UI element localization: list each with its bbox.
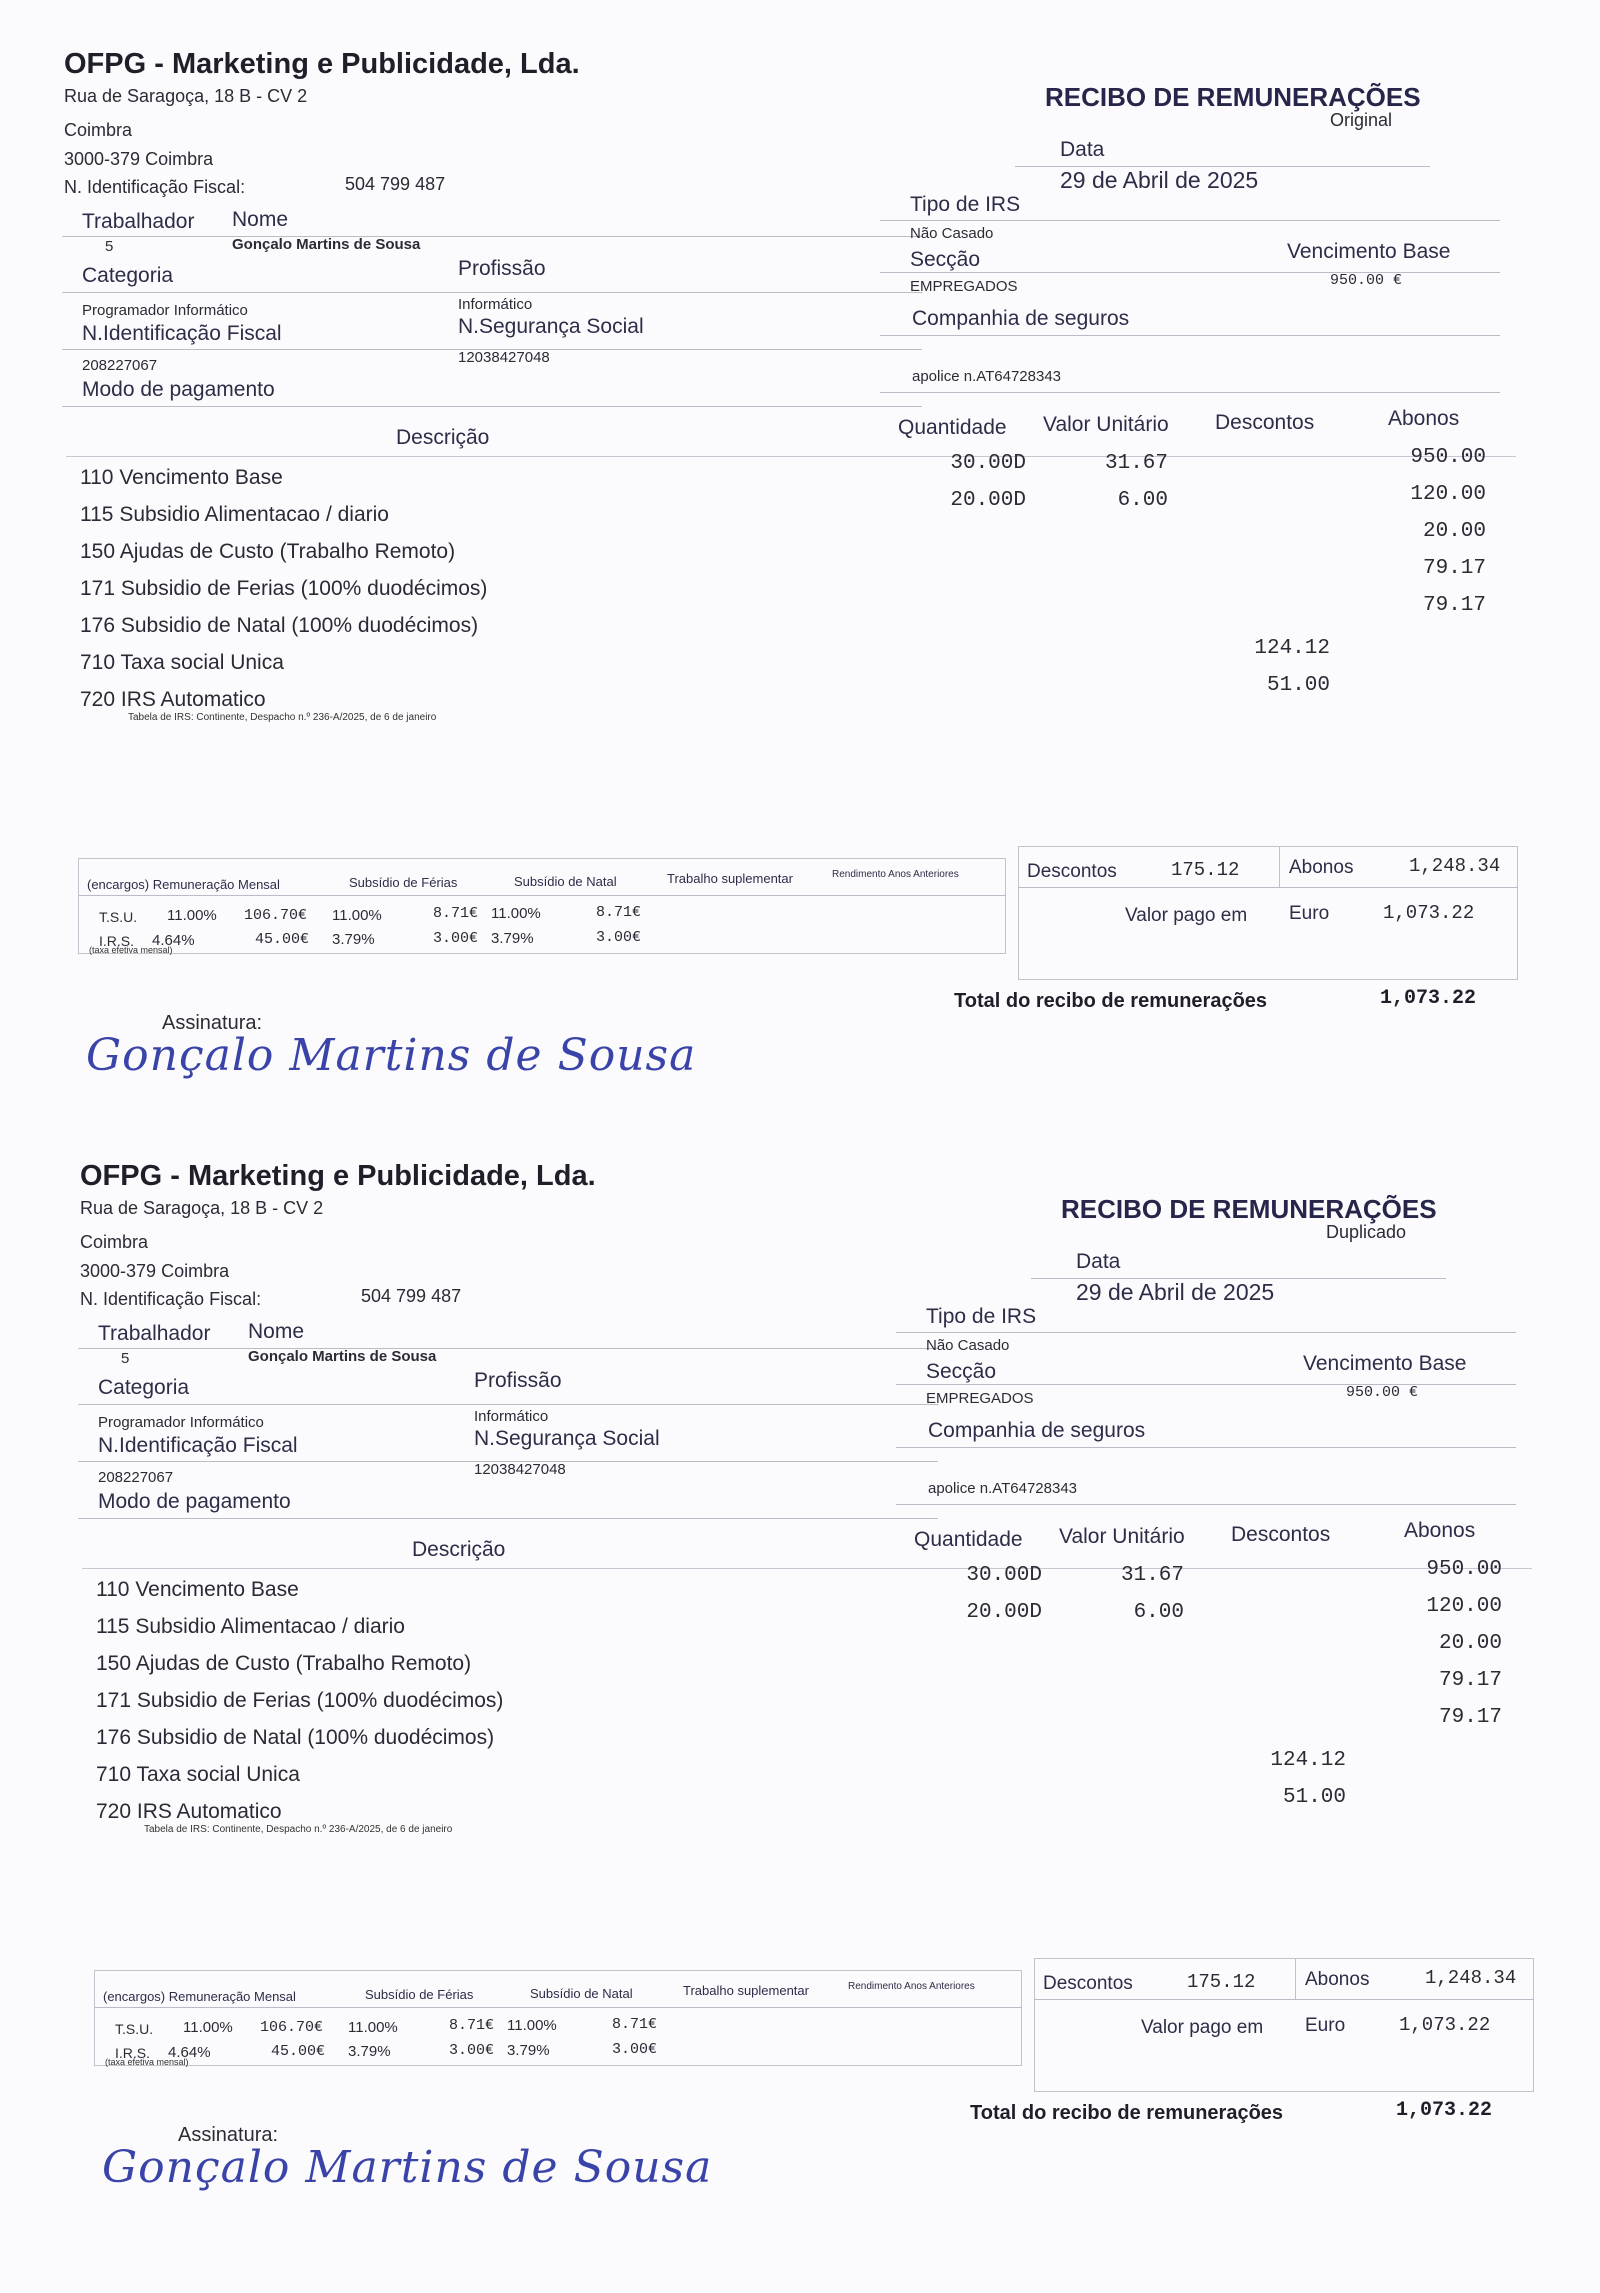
line-discount: 124.12: [1220, 637, 1330, 660]
tsu-monthly-value: 106.70€: [260, 2019, 323, 2036]
col-header-unit-value: Valor Unitário: [1043, 413, 1169, 437]
currency-label: Euro: [1289, 903, 1329, 925]
irs-table-note: Tabela de IRS: Continente, Despacho n.º …: [144, 1824, 452, 1835]
handwritten-signature: Gonçalo Martins de Sousa: [86, 1030, 696, 1081]
section-value: EMPREGADOS: [910, 278, 1018, 295]
currency-label: Euro: [1305, 2015, 1345, 2037]
col-header-discounts: Descontos: [1231, 1523, 1330, 1547]
base-salary-value: 950.00 €: [1346, 1384, 1418, 1401]
tsu-label: T.S.U.: [115, 2021, 153, 2037]
amount-paid-value: 1,073.22: [1383, 902, 1474, 924]
total-discounts-value: 175.12: [1187, 1971, 1255, 1993]
tsu-christmas-value: 8.71€: [612, 2016, 657, 2033]
tsu-christmas-pct: 11.00%: [491, 905, 541, 922]
receipt-total-label: Total do recibo de remunerações: [970, 2102, 1283, 2125]
payment-mode-label: Modo de pagamento: [82, 378, 275, 402]
base-salary-value: 950.00 €: [1330, 272, 1402, 289]
irs-monthly-pct: 4.64%: [152, 932, 195, 949]
company-address-line3: 3000-379 Coimbra: [80, 1261, 229, 1282]
charges-header-overtime: Trabalho suplementar: [667, 871, 793, 886]
copy-label: Duplicado: [1326, 1222, 1406, 1243]
line-allowance: 950.00: [1376, 446, 1486, 469]
charges-header-christmas: Subsídio de Natal: [530, 1986, 633, 2001]
company-address-line2: Coimbra: [80, 1232, 148, 1253]
social-security-label: N.Segurança Social: [458, 315, 644, 339]
irs-type-label: Tipo de IRS: [926, 1305, 1036, 1329]
line-unit-value: 31.67: [1074, 1564, 1184, 1587]
payment-mode-label: Modo de pagamento: [98, 1490, 291, 1514]
worker-name: Gonçalo Martins de Sousa: [248, 1348, 436, 1365]
social-security-value: 12038427048: [474, 1461, 566, 1478]
tsu-vacation-pct: 11.00%: [332, 907, 382, 924]
company-address-line2: Coimbra: [64, 120, 132, 141]
line-description: 176 Subsidio de Natal (100% duodécimos): [96, 1726, 494, 1750]
name-label: Nome: [248, 1320, 304, 1344]
name-label: Nome: [232, 208, 288, 232]
company-name: OFPG - Marketing e Publicidade, Lda.: [64, 48, 580, 81]
social-security-value: 12038427048: [458, 349, 550, 366]
amount-paid-label: Valor pago em: [1125, 905, 1247, 927]
date-label: Data: [1076, 1250, 1120, 1274]
company-nif-value: 504 799 487: [361, 1286, 461, 1307]
charges-header-vacation: Subsídio de Férias: [365, 1987, 473, 2002]
charges-header-prior-years: Rendimento Anos Anteriores: [848, 1981, 975, 1992]
col-header-quantity: Quantidade: [914, 1528, 1023, 1552]
irs-christmas-pct: 3.79%: [491, 930, 534, 947]
total-discounts-label: Descontos: [1043, 1973, 1133, 1995]
charges-header-vacation: Subsídio de Férias: [349, 875, 457, 890]
line-discount: 51.00: [1220, 674, 1330, 697]
line-description: 150 Ajudas de Custo (Trabalho Remoto): [80, 540, 455, 564]
company-address-line1: Rua de Saragoça, 18 B - CV 2: [64, 86, 307, 107]
section-label: Secção: [926, 1360, 996, 1384]
charges-header-overtime: Trabalho suplementar: [683, 1983, 809, 1998]
line-allowance: 20.00: [1376, 520, 1486, 543]
total-allowances-label: Abonos: [1305, 1969, 1369, 1991]
line-description: 176 Subsidio de Natal (100% duodécimos): [80, 614, 478, 638]
irs-monthly-value: 45.00€: [255, 931, 309, 948]
line-allowance: 20.00: [1392, 1632, 1502, 1655]
irs-vacation-value: 3.00€: [433, 930, 478, 947]
receipt-total-value: 1,073.22: [1396, 2099, 1492, 2122]
irs-vacation-pct: 3.79%: [332, 931, 375, 948]
tsu-christmas-pct: 11.00%: [507, 2017, 557, 2034]
line-description: 110 Vencimento Base: [96, 1578, 299, 1602]
irs-christmas-value: 3.00€: [596, 929, 641, 946]
date-label: Data: [1060, 138, 1104, 162]
irs-type-label: Tipo de IRS: [910, 193, 1020, 217]
line-description: 171 Subsidio de Ferias (100% duodécimos): [80, 577, 487, 601]
worker-nif-label: N.Identificação Fiscal: [98, 1434, 298, 1458]
company-nif-label: N. Identificação Fiscal:: [64, 177, 245, 198]
tsu-monthly-pct: 11.00%: [183, 2019, 233, 2036]
line-unit-value: 6.00: [1058, 489, 1168, 512]
line-unit-value: 31.67: [1058, 452, 1168, 475]
line-description: 110 Vencimento Base: [80, 466, 283, 490]
amount-paid-label: Valor pago em: [1141, 2017, 1263, 2039]
company-address-line1: Rua de Saragoça, 18 B - CV 2: [80, 1198, 323, 1219]
receipt-title: RECIBO DE REMUNERAÇÕES: [1061, 1194, 1437, 1225]
insurance-policy: apolice n.AT64728343: [912, 368, 1061, 385]
line-allowance: 79.17: [1376, 557, 1486, 580]
col-header-unit-value: Valor Unitário: [1059, 1525, 1185, 1549]
date-value: 29 de Abril de 2025: [1076, 1279, 1274, 1306]
tsu-vacation-pct: 11.00%: [348, 2019, 398, 2036]
irs-table-note: Tabela de IRS: Continente, Despacho n.º …: [128, 712, 436, 723]
date-value: 29 de Abril de 2025: [1060, 167, 1258, 194]
irs-christmas-pct: 3.79%: [507, 2042, 550, 2059]
worker-label: Trabalhador: [82, 210, 194, 234]
irs-christmas-value: 3.00€: [612, 2041, 657, 2058]
line-discount: 51.00: [1236, 1786, 1346, 1809]
line-allowance: 950.00: [1392, 1558, 1502, 1581]
irs-type-value: Não Casado: [926, 1337, 1009, 1354]
worker-number: 5: [121, 1350, 129, 1367]
base-salary-label: Vencimento Base: [1303, 1352, 1466, 1376]
company-address-line3: 3000-379 Coimbra: [64, 149, 213, 170]
social-security-label: N.Segurança Social: [474, 1427, 660, 1451]
section-value: EMPREGADOS: [926, 1390, 1034, 1407]
profession-label: Profissão: [458, 257, 546, 281]
category-label: Categoria: [82, 264, 173, 288]
insurance-policy: apolice n.AT64728343: [928, 1480, 1077, 1497]
profession-label: Profissão: [474, 1369, 562, 1393]
irs-vacation-value: 3.00€: [449, 2042, 494, 2059]
line-allowance: 79.17: [1376, 594, 1486, 617]
worker-nif-label: N.Identificação Fiscal: [82, 322, 282, 346]
payslip-receipt-duplicado: OFPG - Marketing e Publicidade, Lda. Rua…: [16, 1112, 1600, 2232]
tsu-vacation-value: 8.71€: [449, 2017, 494, 2034]
insurance-label: Companhia de seguros: [912, 307, 1129, 331]
company-name: OFPG - Marketing e Publicidade, Lda.: [80, 1160, 596, 1193]
totals-box: Descontos 175.12 Abonos 1,248.34 Valor p…: [1034, 1958, 1534, 2092]
worker-nif-value: 208227067: [82, 357, 157, 374]
line-unit-value: 6.00: [1074, 1601, 1184, 1624]
receipt-total-value: 1,073.22: [1380, 987, 1476, 1010]
line-allowance: 79.17: [1392, 1706, 1502, 1729]
amount-paid-value: 1,073.22: [1399, 2014, 1490, 2036]
tsu-christmas-value: 8.71€: [596, 904, 641, 921]
total-discounts-label: Descontos: [1027, 861, 1117, 883]
col-header-description: Descrição: [396, 426, 489, 450]
receipt-total-label: Total do recibo de remunerações: [954, 990, 1267, 1013]
worker-number: 5: [105, 238, 113, 255]
insurance-label: Companhia de seguros: [928, 1419, 1145, 1443]
irs-vacation-pct: 3.79%: [348, 2043, 391, 2060]
handwritten-signature: Gonçalo Martins de Sousa: [102, 2142, 712, 2193]
line-description: 720 IRS Automatico: [80, 688, 266, 712]
line-description: 171 Subsidio de Ferias (100% duodécimos): [96, 1689, 503, 1713]
payslip-receipt-original: OFPG - Marketing e Publicidade, Lda. Rua…: [0, 0, 1600, 1120]
total-allowances-value: 1,248.34: [1409, 855, 1500, 877]
irs-monthly-pct: 4.64%: [168, 2044, 211, 2061]
line-description: 710 Taxa social Unica: [96, 1763, 300, 1787]
irs-type-value: Não Casado: [910, 225, 993, 242]
charges-table: (encargos) Remuneração Mensal Subsídio d…: [78, 858, 1006, 954]
profession-value: Informático: [474, 1408, 548, 1425]
tsu-vacation-value: 8.71€: [433, 905, 478, 922]
worker-nif-value: 208227067: [98, 1469, 173, 1486]
charges-header-monthly: (encargos) Remuneração Mensal: [103, 1989, 296, 2004]
category-value: Programador Informático: [98, 1414, 264, 1431]
company-nif-value: 504 799 487: [345, 174, 445, 195]
totals-box: Descontos 175.12 Abonos 1,248.34 Valor p…: [1018, 846, 1518, 980]
tsu-monthly-pct: 11.00%: [167, 907, 217, 924]
line-quantity: 20.00D: [932, 1601, 1042, 1624]
line-quantity: 20.00D: [916, 489, 1026, 512]
tsu-monthly-value: 106.70€: [244, 907, 307, 924]
col-header-allowances: Abonos: [1388, 407, 1459, 431]
line-description: 115 Subsidio Alimentacao / diario: [80, 503, 389, 527]
col-header-description: Descrição: [412, 1538, 505, 1562]
line-quantity: 30.00D: [916, 452, 1026, 475]
total-allowances-value: 1,248.34: [1425, 1967, 1516, 1989]
charges-table: (encargos) Remuneração Mensal Subsídio d…: [94, 1970, 1022, 2066]
copy-label: Original: [1330, 110, 1392, 131]
worker-label: Trabalhador: [98, 1322, 210, 1346]
line-description: 150 Ajudas de Custo (Trabalho Remoto): [96, 1652, 471, 1676]
base-salary-label: Vencimento Base: [1287, 240, 1450, 264]
irs-monthly-value: 45.00€: [271, 2043, 325, 2060]
section-label: Secção: [910, 248, 980, 272]
category-value: Programador Informático: [82, 302, 248, 319]
charges-header-christmas: Subsídio de Natal: [514, 874, 617, 889]
line-quantity: 30.00D: [932, 1564, 1042, 1587]
line-allowance: 120.00: [1376, 483, 1486, 506]
company-nif-label: N. Identificação Fiscal:: [80, 1289, 261, 1310]
tsu-label: T.S.U.: [99, 909, 137, 925]
profession-value: Informático: [458, 296, 532, 313]
line-discount: 124.12: [1236, 1749, 1346, 1772]
line-description: 720 IRS Automatico: [96, 1800, 282, 1824]
line-allowance: 120.00: [1392, 1595, 1502, 1618]
line-description: 115 Subsidio Alimentacao / diario: [96, 1615, 405, 1639]
line-description: 710 Taxa social Unica: [80, 651, 284, 675]
line-allowance: 79.17: [1392, 1669, 1502, 1692]
col-header-discounts: Descontos: [1215, 411, 1314, 435]
receipt-title: RECIBO DE REMUNERAÇÕES: [1045, 82, 1421, 113]
worker-name: Gonçalo Martins de Sousa: [232, 236, 420, 253]
total-allowances-label: Abonos: [1289, 857, 1353, 879]
col-header-quantity: Quantidade: [898, 416, 1007, 440]
charges-header-prior-years: Rendimento Anos Anteriores: [832, 869, 959, 880]
charges-header-monthly: (encargos) Remuneração Mensal: [87, 877, 280, 892]
total-discounts-value: 175.12: [1171, 859, 1239, 881]
category-label: Categoria: [98, 1376, 189, 1400]
col-header-allowances: Abonos: [1404, 1519, 1475, 1543]
